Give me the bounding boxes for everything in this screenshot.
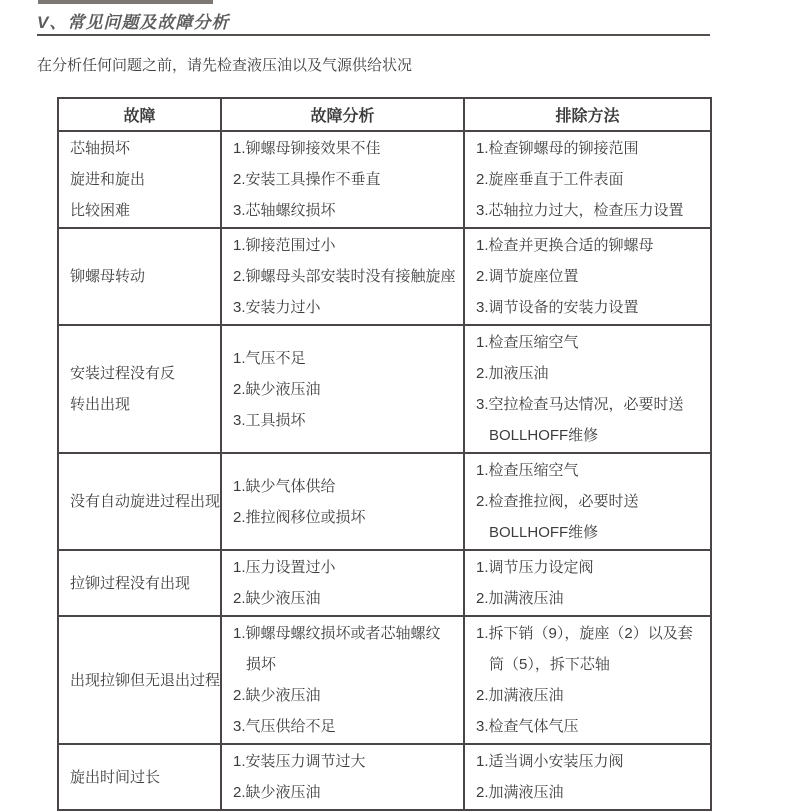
cell-line: 1.调节压力设定阀	[476, 552, 706, 583]
cell-line: 铆螺母转动	[70, 261, 216, 292]
analysis-cell: 1.气压不足2.缺少液压油3.工具损坏	[221, 325, 464, 453]
table-row: 芯轴损坏旋进和旋出比较困难1.铆螺母铆接效果不佳2.安装工具操作不垂直3.芯轴螺…	[58, 131, 711, 228]
cell-line: 拉铆过程没有出现	[70, 568, 216, 599]
cell-line: 2.铆螺母头部安装时没有接触旋座	[233, 261, 459, 292]
cell-line: 1.缺少气体供给	[233, 471, 459, 502]
cell-line: 2.推拉阀移位或损坏	[233, 502, 459, 533]
cell-line: 3.调节设备的安装力设置	[476, 292, 706, 323]
cell-line: 出现拉铆但无退出过程	[70, 665, 216, 696]
fault-table-header: 故障 故障分析 排除方法	[58, 98, 711, 131]
analysis-cell: 1.安装压力调节过大2.缺少液压油	[221, 744, 464, 810]
cell-line: 2.加满液压油	[476, 680, 706, 711]
table-row: 安装过程没有反转出出现1.气压不足2.缺少液压油3.工具损坏1.检查压缩空气2.…	[58, 325, 711, 453]
cell-line: 1.适当调小安装压力阀	[476, 746, 706, 777]
column-header-remedy: 排除方法	[464, 98, 711, 131]
cell-line: 3.检查气体气压	[476, 711, 706, 742]
cell-line: 1.铆螺母螺纹损坏或者芯轴螺纹	[233, 618, 459, 649]
cell-line: 2.调节旋座位置	[476, 261, 706, 292]
cell-line: 1.气压不足	[233, 343, 459, 374]
cell-line: 1.检查并更换合适的铆螺母	[476, 230, 706, 261]
remedy-cell-content: 1.检查压缩空气2.检查推拉阀，必要时送BOLLHOFF维修	[465, 454, 710, 549]
fault-cell-content: 出现拉铆但无退出过程	[59, 664, 220, 697]
fault-cell-content: 没有自动旋进过程出现	[59, 485, 220, 518]
analysis-cell-content: 1.缺少气体供给2.推拉阀移位或损坏	[222, 470, 463, 534]
table-row: 出现拉铆但无退出过程1.铆螺母螺纹损坏或者芯轴螺纹损坏2.缺少液压油3.气压供给…	[58, 616, 711, 744]
analysis-cell-content: 1.铆接范围过小2.铆螺母头部安装时没有接触旋座3.安装力过小	[222, 229, 463, 324]
cell-line: 3.安装力过小	[233, 292, 459, 323]
remedy-cell-content: 1.适当调小安装压力阀2.加满液压油	[465, 745, 710, 809]
cell-line: 2.安装工具操作不垂直	[233, 164, 459, 195]
analysis-cell: 1.压力设置过小2.缺少液压油	[221, 550, 464, 616]
remedy-cell: 1.检查压缩空气2.检查推拉阀，必要时送BOLLHOFF维修	[464, 453, 711, 550]
intro-text: 在分析任何问题之前，请先检查液压油以及气源供给状况	[37, 54, 412, 75]
remedy-cell: 1.适当调小安装压力阀2.加满液压油	[464, 744, 711, 810]
remedy-cell-content: 1.拆下销（9），旋座（2）以及套筒（5），拆下芯轴2.加满液压油3.检查气体气…	[465, 617, 710, 743]
remedy-cell: 1.检查压缩空气2.加液压油3.空拉检查马达情况，必要时送BOLLHOFF维修	[464, 325, 711, 453]
cell-line: BOLLHOFF维修	[476, 420, 706, 451]
analysis-cell: 1.铆接范围过小2.铆螺母头部安装时没有接触旋座3.安装力过小	[221, 228, 464, 325]
heading-top-rule	[38, 0, 213, 4]
table-row: 拉铆过程没有出现1.压力设置过小2.缺少液压油1.调节压力设定阀2.加满液压油	[58, 550, 711, 616]
cell-line: 2.加满液压油	[476, 583, 706, 614]
fault-cell: 安装过程没有反转出出现	[58, 325, 221, 453]
cell-line: 1.压力设置过小	[233, 552, 459, 583]
analysis-cell-content: 1.气压不足2.缺少液压油3.工具损坏	[222, 342, 463, 437]
remedy-cell: 1.拆下销（9），旋座（2）以及套筒（5），拆下芯轴2.加满液压油3.检查气体气…	[464, 616, 711, 744]
cell-line: 1.铆接范围过小	[233, 230, 459, 261]
cell-line: 1.拆下销（9），旋座（2）以及套	[476, 618, 706, 649]
fault-cell-content: 安装过程没有反转出出现	[59, 357, 220, 421]
document-page: V、常见问题及故障分析 在分析任何问题之前，请先检查液压油以及气源供给状况 故障…	[0, 0, 790, 811]
fault-cell-content: 拉铆过程没有出现	[59, 567, 220, 600]
remedy-cell-content: 1.检查压缩空气2.加液压油3.空拉检查马达情况，必要时送BOLLHOFF维修	[465, 326, 710, 452]
header-row: 故障 故障分析 排除方法	[58, 98, 711, 131]
cell-line: 筒（5），拆下芯轴	[476, 649, 706, 680]
cell-line: 2.缺少液压油	[233, 777, 459, 808]
table-row: 铆螺母转动1.铆接范围过小2.铆螺母头部安装时没有接触旋座3.安装力过小1.检查…	[58, 228, 711, 325]
cell-line: 1.检查铆螺母的铆接范围	[476, 133, 706, 164]
fault-cell: 旋出时间过长	[58, 744, 221, 810]
fault-cell-content: 铆螺母转动	[59, 260, 220, 293]
fault-cell: 没有自动旋进过程出现	[58, 453, 221, 550]
cell-line: 安装过程没有反	[70, 358, 216, 389]
cell-line: 3.芯轴螺纹损坏	[233, 195, 459, 226]
analysis-cell-content: 1.铆螺母螺纹损坏或者芯轴螺纹损坏2.缺少液压油3.气压供给不足	[222, 617, 463, 743]
remedy-cell-content: 1.检查铆螺母的铆接范围2.旋座垂直于工件表面3.芯轴拉力过大，检查压力设置	[465, 132, 710, 227]
cell-line: 2.旋座垂直于工件表面	[476, 164, 706, 195]
cell-line: 3.气压供给不足	[233, 711, 459, 742]
analysis-cell-content: 1.安装压力调节过大2.缺少液压油	[222, 745, 463, 809]
cell-line: 2.缺少液压油	[233, 583, 459, 614]
fault-cell: 铆螺母转动	[58, 228, 221, 325]
fault-cell-content: 芯轴损坏旋进和旋出比较困难	[59, 132, 220, 227]
cell-line: 转出出现	[70, 389, 216, 420]
section-title: V、常见问题及故障分析	[37, 8, 229, 33]
cell-line: 3.芯轴拉力过大，检查压力设置	[476, 195, 706, 226]
cell-line: 旋进和旋出	[70, 164, 216, 195]
cell-line: 损坏	[233, 649, 459, 680]
cell-line: 1.铆螺母铆接效果不佳	[233, 133, 459, 164]
column-header-analysis: 故障分析	[221, 98, 464, 131]
cell-line: 3.工具损坏	[233, 405, 459, 436]
cell-line: 2.检查推拉阀，必要时送	[476, 486, 706, 517]
cell-line: 1.安装压力调节过大	[233, 746, 459, 777]
fault-cell-content: 旋出时间过长	[59, 761, 220, 794]
fault-cell: 芯轴损坏旋进和旋出比较困难	[58, 131, 221, 228]
remedy-cell: 1.检查铆螺母的铆接范围2.旋座垂直于工件表面3.芯轴拉力过大，检查压力设置	[464, 131, 711, 228]
cell-line: 没有自动旋进过程出现	[70, 486, 216, 517]
cell-line: 2.缺少液压油	[233, 374, 459, 405]
analysis-cell: 1.缺少气体供给2.推拉阀移位或损坏	[221, 453, 464, 550]
analysis-cell: 1.铆螺母铆接效果不佳2.安装工具操作不垂直3.芯轴螺纹损坏	[221, 131, 464, 228]
remedy-cell-content: 1.调节压力设定阀2.加满液压油	[465, 551, 710, 615]
cell-line: 芯轴损坏	[70, 133, 216, 164]
cell-line: 2.加液压油	[476, 358, 706, 389]
fault-table: 故障 故障分析 排除方法 芯轴损坏旋进和旋出比较困难1.铆螺母铆接效果不佳2.安…	[57, 97, 712, 811]
remedy-cell-content: 1.检查并更换合适的铆螺母2.调节旋座位置3.调节设备的安装力设置	[465, 229, 710, 324]
analysis-cell-content: 1.铆螺母铆接效果不佳2.安装工具操作不垂直3.芯轴螺纹损坏	[222, 132, 463, 227]
column-header-fault: 故障	[58, 98, 221, 131]
cell-line: 比较困难	[70, 195, 216, 226]
analysis-cell: 1.铆螺母螺纹损坏或者芯轴螺纹损坏2.缺少液压油3.气压供给不足	[221, 616, 464, 744]
remedy-cell: 1.检查并更换合适的铆螺母2.调节旋座位置3.调节设备的安装力设置	[464, 228, 711, 325]
fault-table-body: 芯轴损坏旋进和旋出比较困难1.铆螺母铆接效果不佳2.安装工具操作不垂直3.芯轴螺…	[58, 131, 711, 810]
remedy-cell: 1.调节压力设定阀2.加满液压油	[464, 550, 711, 616]
heading-underline	[37, 34, 710, 36]
cell-line: 1.检查压缩空气	[476, 327, 706, 358]
cell-line: 3.空拉检查马达情况，必要时送	[476, 389, 706, 420]
cell-line: 旋出时间过长	[70, 762, 216, 793]
cell-line: 1.检查压缩空气	[476, 455, 706, 486]
cell-line: 2.缺少液压油	[233, 680, 459, 711]
table-row: 没有自动旋进过程出现1.缺少气体供给2.推拉阀移位或损坏1.检查压缩空气2.检查…	[58, 453, 711, 550]
cell-line: BOLLHOFF维修	[476, 517, 706, 548]
table-row: 旋出时间过长1.安装压力调节过大2.缺少液压油1.适当调小安装压力阀2.加满液压…	[58, 744, 711, 810]
fault-cell: 拉铆过程没有出现	[58, 550, 221, 616]
fault-cell: 出现拉铆但无退出过程	[58, 616, 221, 744]
analysis-cell-content: 1.压力设置过小2.缺少液压油	[222, 551, 463, 615]
cell-line: 2.加满液压油	[476, 777, 706, 808]
